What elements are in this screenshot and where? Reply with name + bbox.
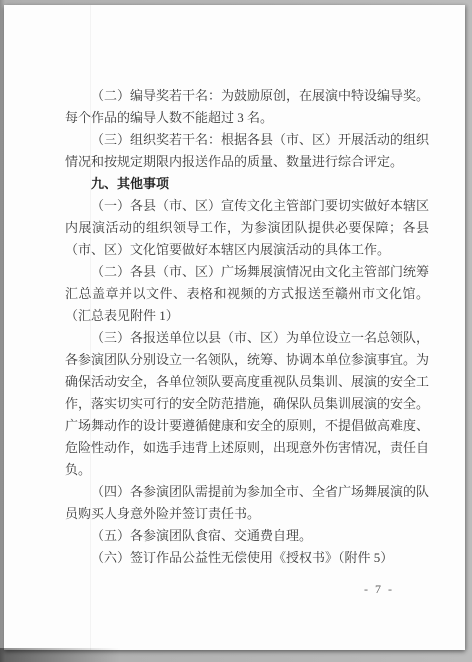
document-body: （二）编导奖若干名：为鼓励原创，在展演中特设编导奖。每个作品的编导人数不能超过 … [65,85,429,569]
paragraph: （四）各参演团队需提前为参加全市、全省广场舞展演的队员购买人身意外险并签订责任书… [65,481,429,525]
document-page: （二）编导奖若干名：为鼓励原创，在展演中特设编导奖。每个作品的编导人数不能超过 … [4,5,465,650]
paragraph: （三）组织奖若干名：根据各县（市、区）开展活动的组织情况和按规定期限内报送作品的… [65,129,429,173]
scanned-document: （二）编导奖若干名：为鼓励原创，在展演中特设编导奖。每个作品的编导人数不能超过 … [0,0,472,662]
page-number: - 7 - [364,582,394,597]
section-heading: 九、其他事项 [65,173,429,195]
paragraph: （二）编导奖若干名：为鼓励原创，在展演中特设编导奖。每个作品的编导人数不能超过 … [65,85,429,129]
paragraph: （一）各县（市、区）宣传文化主管部门要切实做好本辖区内展演活动的组织领导工作，为… [65,195,429,261]
paragraph: （五）各参演团队食宿、交通费自理。 [65,525,429,547]
paragraph: （六）签订作品公益性无偿使用《授权书》（附件 5） [65,547,429,569]
paragraph: （二）各县（市、区）广场舞展演情况由文化主管部门统筹汇总盖章并以文件、表格和视频… [65,261,429,327]
paragraph: （三）各报送单位以县（市、区）为单位设立一名总领队，各参演团队分别设立一名领队，… [65,327,429,481]
